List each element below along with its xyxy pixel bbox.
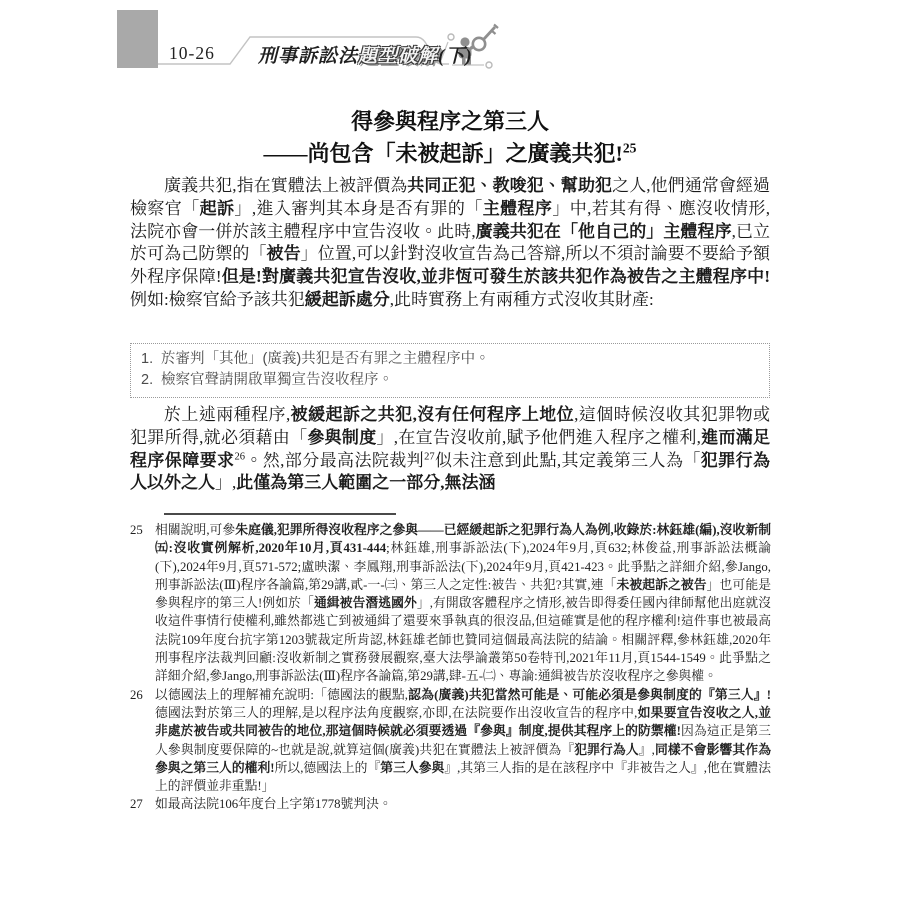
footnote-27: 27如最高法院106年度台上字第1778號判決。 [130, 795, 771, 813]
box-item-1: 1.於審判「其他」(廣義)共犯是否有罪之主體程序中。 [141, 349, 759, 370]
footnote-separator [164, 513, 396, 515]
header-ring-bottom [486, 62, 492, 68]
corner-block [117, 10, 158, 68]
box-item-2: 2.檢察官聲請開啟單獨宣告沒收程序。 [141, 370, 759, 391]
footnotes: 25相關說明,可參朱庭儀,犯罪所得沒收程序之參與——已經緩起訴之犯罪行為人為例,… [130, 521, 771, 814]
header-ring-top [448, 34, 454, 40]
paragraph-2: 於上述兩種程序,被緩起訴之共犯,沒有任何程序上地位,這個時候沒收其犯罪物或犯罪所… [130, 404, 770, 495]
footnote-26: 26以德國法上的理解補充說明:「德國法的觀點,認為(廣義)共犯當然可能是、可能必… [130, 686, 771, 796]
info-box: 1.於審判「其他」(廣義)共犯是否有罪之主體程序中。 2.檢察官聲請開啟單獨宣告… [130, 343, 770, 398]
footnote-25-number: 25 [130, 521, 143, 539]
textbook-page: 10-26 刑事訴訟法題型破解(下) 得參與程序之第三人 ——尚包含「未被起訴」… [0, 0, 900, 900]
box-item-1-number: 1. [141, 349, 161, 370]
footnote-25: 25相關說明,可參朱庭儀,犯罪所得沒收程序之參與——已經緩起訴之犯罪行為人為例,… [130, 521, 771, 686]
chapter-title-line1: 得參與程序之第三人 [130, 106, 770, 138]
chapter-title: 得參與程序之第三人 ——尚包含「未被起訴」之廣義共犯!25 [130, 106, 770, 170]
book-title: 刑事訴訟法題型破解(下) [258, 41, 473, 68]
footnote-25-text: 相關說明,可參朱庭儀,犯罪所得沒收程序之參與——已經緩起訴之犯罪行為人為例,收錄… [155, 523, 771, 683]
page-number: 10-26 [169, 43, 215, 64]
box-item-2-text: 檢察官聲請開啟單獨宣告沒收程序。 [161, 370, 393, 391]
footnote-27-number: 27 [130, 795, 143, 813]
footnote-27-text: 如最高法院106年度台上字第1778號判決。 [155, 797, 392, 811]
book-title-main: 刑事訴訟法 [258, 46, 358, 67]
footnote-26-number: 26 [130, 686, 143, 704]
box-item-2-number: 2. [141, 370, 161, 391]
footnote-26-text: 以德國法上的理解補充說明:「德國法的觀點,認為(廣義)共犯當然可能是、可能必須是… [155, 688, 771, 793]
paragraph-1: 廣義共犯,指在實體法上被評價為共同正犯、教唆犯、幫助犯之人,他們通常會經過檢察官… [130, 175, 770, 312]
book-title-volume: (下) [438, 46, 473, 67]
box-item-1-text: 於審判「其他」(廣義)共犯是否有罪之主體程序中。 [161, 349, 490, 370]
chapter-title-line2: ——尚包含「未被起訴」之廣義共犯!25 [130, 138, 770, 170]
book-title-styled: 題型破解 [358, 46, 438, 67]
